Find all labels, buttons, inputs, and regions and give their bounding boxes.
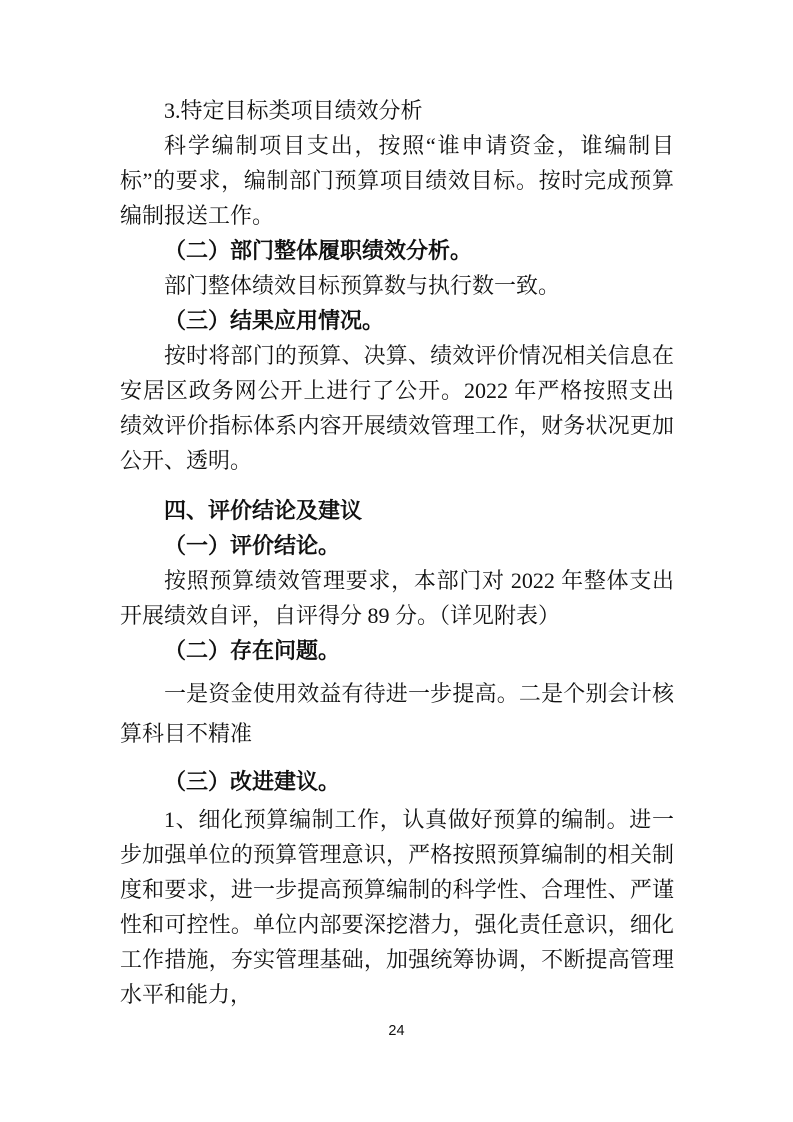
problems-paragraph: 一是资金使用效益有待进一步提高。二是个别会计核算科目不精准	[120, 674, 674, 754]
item3-subheading: 3.特定目标类项目绩效分析	[120, 93, 674, 128]
section-2-paragraph: 部门整体绩效目标预算数与执行数一致。	[120, 268, 674, 303]
heading-section-3-results: （三）结果应用情况。	[120, 303, 674, 338]
heading-conclusion: （一）评价结论。	[120, 528, 674, 563]
item3-paragraph: 科学编制项目支出，按照“谁申请资金，谁编制目标”的要求，编制部门预算项目绩效目标…	[120, 128, 674, 233]
document-page: 3.特定目标类项目绩效分析科学编制项目支出，按照“谁申请资金，谁编制目标”的要求…	[0, 0, 793, 1122]
document-body: 3.特定目标类项目绩效分析科学编制项目支出，按照“谁申请资金，谁编制目标”的要求…	[120, 93, 674, 1012]
heading-section-2-analysis: （二）部门整体履职绩效分析。	[120, 233, 674, 268]
heading-chapter-4: 四、评价结论及建议	[120, 493, 674, 528]
heading-suggestions: （三）改进建议。	[120, 764, 674, 799]
section-3-paragraph: 按时将部门的预算、决算、绩效评价情况相关信息在安居区政务网公开上进行了公开。20…	[120, 338, 674, 478]
page-number: 24	[0, 1022, 793, 1040]
conclusion-paragraph: 按照预算绩效管理要求，本部门对 2022 年整体支出开展绩效自评，自评得分 89…	[120, 563, 674, 633]
heading-problems: （二）存在问题。	[120, 633, 674, 668]
suggestion-1-paragraph: 1、细化预算编制工作，认真做好预算的编制。进一步加强单位的预算管理意识，严格按照…	[120, 802, 674, 1012]
